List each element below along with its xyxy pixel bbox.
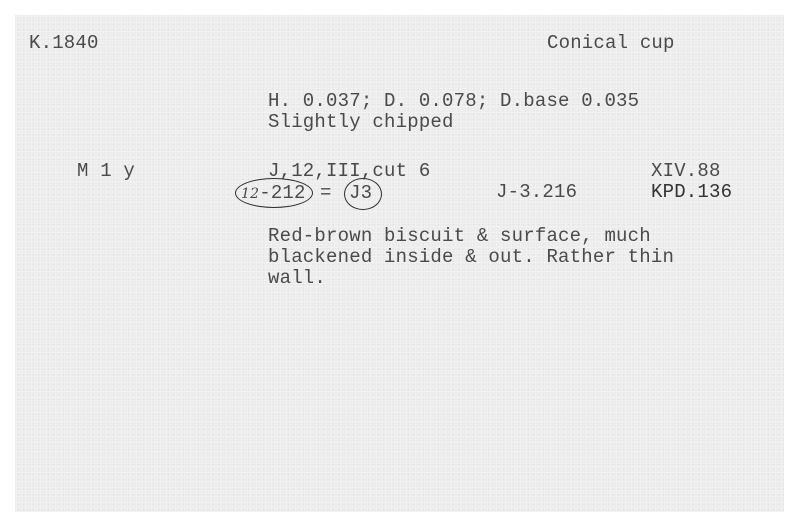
dimensions: H. 0.037; D. 0.078; D.base 0.035 [268, 91, 639, 112]
publication-ref: KPD.136 [651, 182, 732, 203]
catalog-number: K.1840 [29, 33, 99, 54]
circled-note-number: -212 [259, 182, 305, 204]
inventory-ref: J-3.216 [496, 182, 577, 203]
description-line-1: Red-brown biscuit & surface, much [268, 226, 651, 247]
description-line-3: wall. [268, 268, 326, 289]
condition: Slightly chipped [268, 112, 454, 133]
catalog-card: K.1840 Conical cup H. 0.037; D. 0.078; D… [15, 15, 784, 512]
circled-note: 12-212 [241, 183, 306, 205]
circled-note-prefix: 12 [241, 186, 259, 202]
description-line-2: blackened inside & out. Rather thin [268, 247, 674, 268]
plate-ref: XIV.88 [651, 161, 721, 182]
object-type: Conical cup [547, 33, 675, 54]
circled-note-ref: J3 [349, 183, 372, 204]
location-code: M 1 y [77, 161, 135, 182]
circled-equals: = [320, 183, 332, 204]
